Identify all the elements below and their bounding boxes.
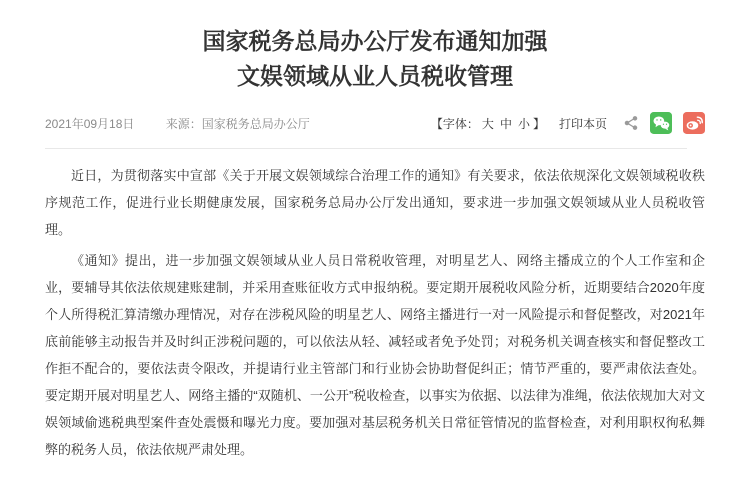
font-size-prefix: 【字体： (431, 115, 479, 132)
font-size-small-button[interactable]: 小 (518, 115, 530, 132)
font-size-large-button[interactable]: 大 (482, 115, 494, 132)
source-label: 来源：国家税务总局办公厅 (166, 117, 310, 131)
wechat-icon[interactable] (650, 112, 672, 134)
article-title-line-2: 文娱领域从业人员税收管理 (237, 63, 513, 89)
font-size-medium-button[interactable]: 中 (500, 115, 512, 132)
article-page: 国家税务总局办公厅发布通知加强 文娱领域从业人员税收管理 2021年09月18日… (0, 0, 750, 482)
meta-right: 【字体： 大 中 小 】 打印本页 (431, 112, 705, 134)
article-body: 近日，为贯彻落实中宣部《关于开展文娱领域综合治理工作的通知》有关要求，依法依规深… (45, 162, 705, 463)
meta-row: 2021年09月18日 来源：国家税务总局办公厅 【字体： 大 中 小 】 打印… (45, 112, 705, 134)
weibo-icon[interactable] (683, 112, 705, 134)
font-size-suffix: 】 (533, 115, 545, 132)
page-title: 国家税务总局办公厅发布通知加强 文娱领域从业人员税收管理 (45, 24, 705, 94)
divider (45, 148, 687, 149)
share-icon[interactable] (623, 115, 639, 131)
article-title-line-1: 国家税务总局办公厅发布通知加强 (203, 28, 548, 54)
article-paragraph-1: 近日，为贯彻落实中宣部《关于开展文娱领域综合治理工作的通知》有关要求，依法依规深… (45, 162, 705, 243)
article-paragraph-2: 《通知》提出，进一步加强文娱领域从业人员日常税收管理，对明星艺人、网络主播成立的… (45, 247, 705, 463)
publish-date: 2021年09月18日 (45, 117, 134, 131)
meta-left: 2021年09月18日 来源：国家税务总局办公厅 (45, 115, 310, 132)
print-page-button[interactable]: 打印本页 (559, 115, 607, 132)
